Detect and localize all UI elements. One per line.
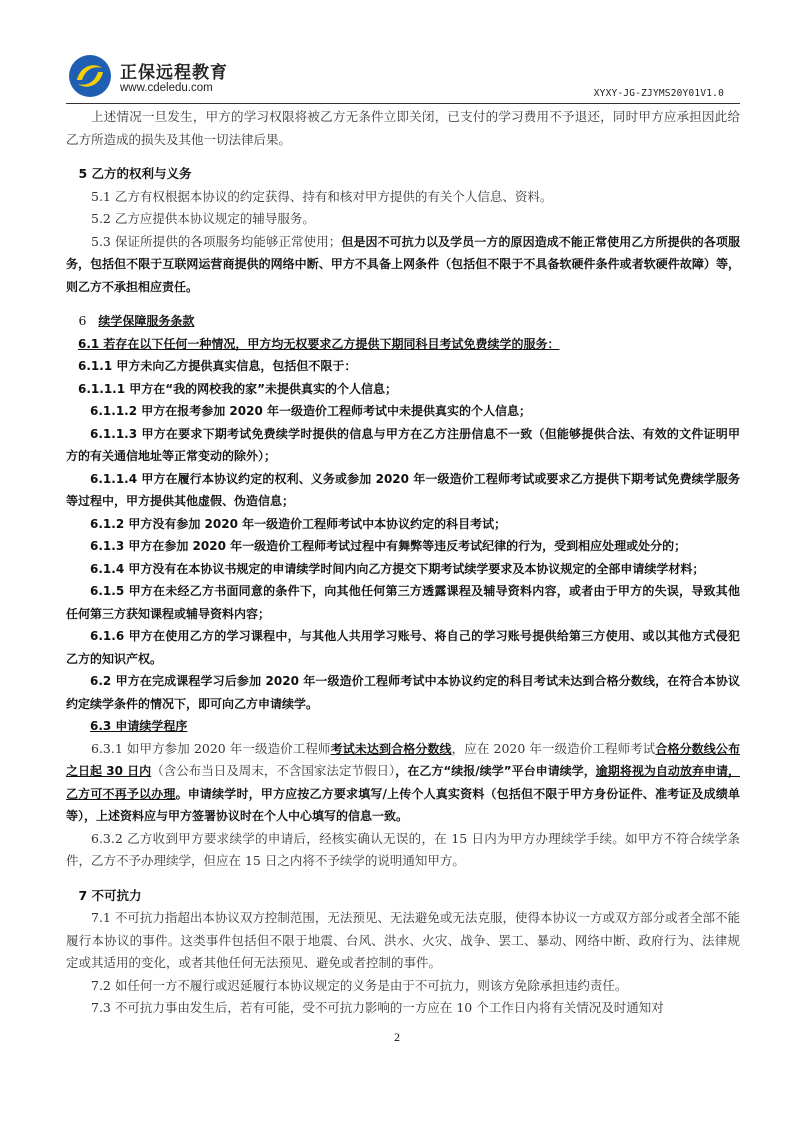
section-6-3-title: 6.3 申请续学程序: [66, 715, 740, 738]
paragraph-6-2: 6.2 甲方在完成课程学习后参加 2020 年一级造价工程师考试中本协议约定的科…: [66, 670, 740, 715]
paragraph-6-1-1-3: 6.1.1.3 甲方在要求下期考试免费续学时提供的信息与甲方在乙方注册信息不一致…: [66, 423, 740, 468]
paragraph-6-1-6: 6.1.6 甲方在使用乙方的学习课程中，与其他人共用学习账号、将自己的学习账号提…: [66, 625, 740, 670]
paragraph-7-3: 7.3 不可抗力事由发生后，若有可能，受不可抗力影响的一方应在 10 个工作日内…: [66, 997, 740, 1020]
paragraph-6-1-2: 6.1.2 甲方没有参加 2020 年一级造价工程师考试中本协议约定的科目考试；: [66, 513, 740, 536]
paragraph-7-1: 7.1 不可抗力指超出本协议双方控制范围，无法预见、无法避免或无法克服，使得本协…: [66, 907, 740, 975]
paragraph-6-1-4: 6.1.4 甲方没有在本协议书规定的申请续学时间内向乙方提交下期考试续学要求及本…: [66, 558, 740, 581]
page-header: 正保远程教育 www.cdeledu.com XYXY-JG-ZJYMS20Y0…: [66, 50, 740, 102]
section-6-number: 6: [79, 313, 87, 328]
p631-part5: （含公布当日及周末，不含国家法定节假日）: [151, 763, 395, 778]
brand-name: 正保远程教育: [120, 58, 228, 83]
paragraph-5-3: 5.3 保证所提供的各项服务均能够正常使用；但是因不可抗力以及学员一方的原因造成…: [66, 231, 740, 299]
paragraph-6-1: 6.1 若存在以下任何一种情况，甲方均无权要求乙方提供下期同科目考试免费续学的服…: [66, 333, 559, 356]
section-5-title: 5 乙方的权利与义务: [66, 163, 740, 186]
section-6-3-label: 6.3 申请续学程序: [90, 719, 187, 733]
document-code: XYXY-JG-ZJYMS20Y01V1.0: [594, 88, 724, 99]
header-divider: [66, 103, 740, 104]
p631-part6: ，在乙方“续报/续学”平台申请续学，: [395, 764, 595, 778]
paragraph-5-1: 5.1 乙方有权根据本协议的约定获得、持有和核对甲方提供的有关个人信息、资料。: [66, 186, 740, 209]
logo-icon: [68, 54, 112, 98]
paragraph-6-1-1-1: 6.1.1.1 甲方在“我的网校我的家”未提供真实的个人信息；: [66, 378, 740, 401]
p631-part1: 6.3.1 如甲方参加 2020 年一级造价工程师: [91, 741, 331, 756]
brand-url: www.cdeledu.com: [120, 82, 213, 94]
paragraph-5-3-normal: 5.3 保证所提供的各项服务均能够正常使用；: [91, 234, 341, 249]
paragraph-6-1-1: 6.1.1 甲方未向乙方提供真实信息，包括但不限于：: [66, 355, 740, 378]
section-6-label: 续学保障服务条款: [98, 314, 194, 328]
paragraph-6-3-1: 6.3.1 如甲方参加 2020 年一级造价工程师考试未达到合格分数线，应在 2…: [66, 738, 740, 828]
paragraph-6-1-1-4: 6.1.1.4 甲方在履行本协议约定的权利、义务或参加 2020 年一级造价工程…: [66, 468, 740, 513]
p631-part2: 考试未达到合格分数线: [331, 742, 452, 756]
document-body: 上述情况一旦发生，甲方的学习权限将被乙方无条件立即关闭，已支付的学习费用不予退还…: [66, 106, 740, 1020]
p631-part3: ，应在 2020 年一级造价工程师考试: [452, 741, 656, 756]
paragraph-7-2: 7.2 如任何一方不履行或迟延履行本协议规定的义务是由于不可抗力，则该方免除承担…: [66, 975, 740, 998]
paragraph-6-1-1-2: 6.1.1.2 甲方在报考参加 2020 年一级造价工程师考试中未提供真实的个人…: [66, 400, 740, 423]
paragraph-6-1-3: 6.1.3 甲方在参加 2020 年一级造价工程师考试过程中有舞弊等违反考试纪律…: [66, 535, 740, 558]
paragraph-6-1-5: 6.1.5 甲方在未经乙方书面同意的条件下，向其他任何第三方透露课程及辅导资料内…: [66, 580, 740, 625]
page-number: 2: [0, 1030, 794, 1045]
section-7-title: 7 不可抗力: [66, 885, 740, 908]
section-6-title: 6 续学保障服务条款: [66, 310, 740, 333]
paragraph-intro: 上述情况一旦发生，甲方的学习权限将被乙方无条件立即关闭，已支付的学习费用不予退还…: [66, 106, 740, 151]
paragraph-5-2: 5.2 乙方应提供本协议规定的辅导服务。: [66, 208, 740, 231]
paragraph-6-3-2: 6.3.2 乙方收到甲方要求续学的申请后，经核实确认无误的，在 15 日内为甲方…: [66, 828, 740, 873]
